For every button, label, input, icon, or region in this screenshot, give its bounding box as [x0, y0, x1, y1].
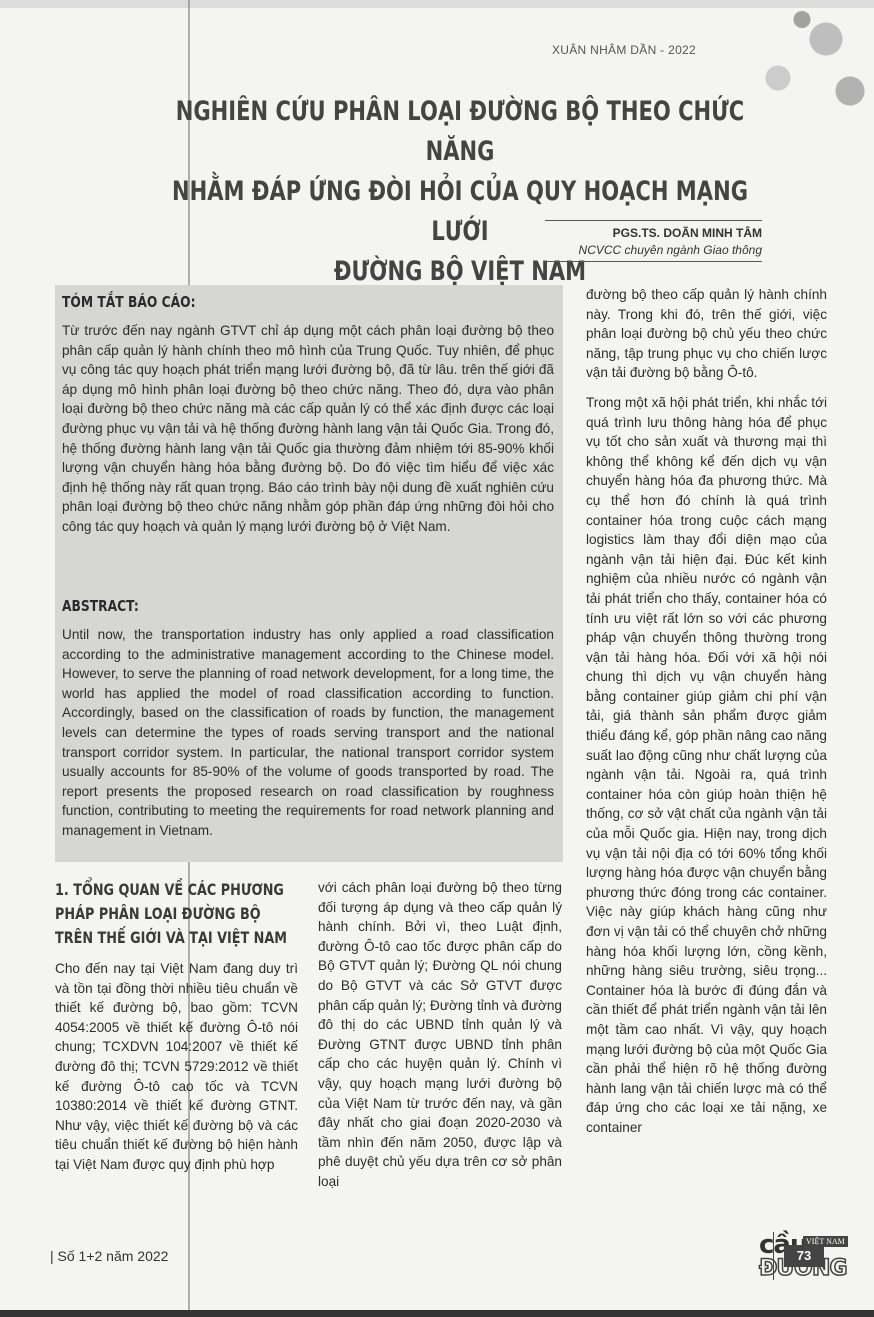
left-column: 1. TỔNG QUAN VỀ CÁC PHƯƠNG PHÁP PHÂN LOẠ…: [55, 878, 298, 1175]
abstract-vn-text: Từ trước đến nay ngành GTVT chỉ áp dụng …: [62, 321, 554, 537]
right-col-paragraph-2: Trong một xã hội phát triển, khi nhắc tớ…: [586, 393, 827, 1138]
author-role: NCVCC chuyên ngành Giao thông: [545, 243, 762, 257]
abstract-english: ABSTRACT: Until now, the transportation …: [62, 597, 554, 841]
middle-column: với cách phân loại đường bộ theo từng đố…: [318, 878, 562, 1192]
article-title: NGHIÊN CỨU PHÂN LOẠI ĐƯỜNG BỘ THEO CHỨC …: [164, 92, 757, 292]
abstract-vn-heading: TÓM TẮT BÁO CÁO:: [62, 293, 465, 311]
mid-col-text: với cách phân loại đường bộ theo từng đố…: [318, 878, 562, 1192]
author-block: PGS.TS. DOÃN MINH TÂM NCVCC chuyên ngành…: [545, 220, 762, 262]
abstract-en-heading: ABSTRACT:: [62, 597, 465, 615]
title-line-1: NGHIÊN CỨU PHÂN LOẠI ĐƯỜNG BỘ THEO CHỨC …: [164, 92, 757, 172]
abstract-vietnamese: TÓM TẮT BÁO CÁO: Từ trước đến nay ngành …: [62, 293, 554, 537]
abstract-en-text: Until now, the transportation industry h…: [62, 625, 554, 841]
right-column: đường bộ theo cấp quản lý hành chính này…: [586, 285, 827, 1138]
left-col-text: Cho đến nay tại Việt Nam đang duy trì và…: [55, 959, 298, 1175]
footer-divider: [773, 1232, 774, 1280]
right-col-paragraph-1: đường bộ theo cấp quản lý hành chính này…: [586, 285, 827, 383]
issue-label: XUÂN NHÂM DẦN - 2022: [552, 43, 696, 57]
author-name: PGS.TS. DOÃN MINH TÂM: [545, 226, 762, 240]
footer-issue: | Số 1+2 năm 2022: [50, 1248, 168, 1264]
section-1-heading: 1. TỔNG QUAN VỀ CÁC PHƯƠNG PHÁP PHÂN LOẠ…: [55, 878, 303, 950]
bottom-band: [0, 1310, 874, 1317]
page-number: 73: [784, 1245, 824, 1267]
